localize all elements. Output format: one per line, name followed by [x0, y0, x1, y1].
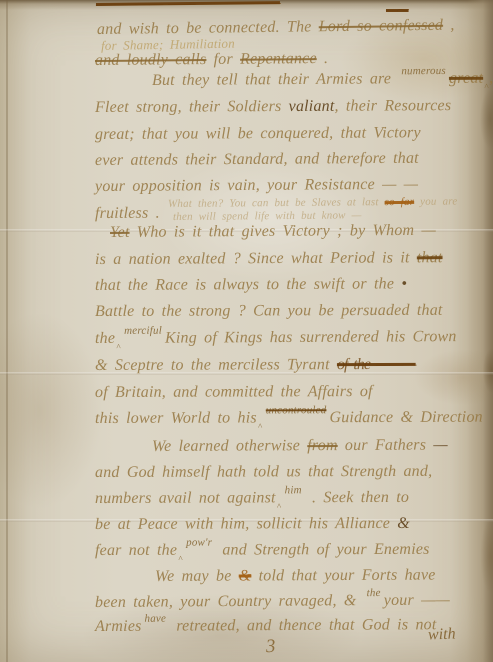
- text-segment: ^: [116, 342, 120, 352]
- text-segment: —⁓: [386, 2, 409, 17]
- manuscript-line: numbers avail not against^him . Seek the…: [95, 489, 409, 512]
- text-segment: ^: [258, 421, 262, 431]
- text-segment: and loudly calls: [95, 51, 207, 69]
- text-segment: from: [307, 437, 338, 454]
- text-segment: ,: [443, 17, 455, 34]
- text-segment: ————— —— ——————: [96, 0, 280, 13]
- text-segment: . Seek then to: [305, 489, 409, 506]
- manuscript-line: then will spend life with but know —: [173, 209, 362, 223]
- text-segment: What then? You can but be Slaves at last: [168, 196, 385, 210]
- text-segment: numerous: [401, 65, 446, 77]
- manuscript-line: fruitless .: [95, 205, 160, 223]
- manuscript-line: What then? You can but be Slaves at last…: [168, 195, 458, 210]
- text-segment: the: [367, 587, 381, 599]
- text-segment: of Britain, and committed the Affairs of: [95, 383, 373, 401]
- manuscript-line: be at Peace with him, sollicit his Allia…: [95, 515, 410, 534]
- manuscript-line: ever attends their Standard, and therefo…: [95, 150, 419, 170]
- text-segment: is a nation exalted ? Since what Period …: [95, 249, 417, 268]
- text-segment: been taken, your Country ravaged, &: [95, 592, 364, 611]
- manuscript-line: & Sceptre to the merciless Tyrant of the…: [95, 356, 416, 375]
- text-segment: and Strength of your Enemies: [215, 541, 429, 559]
- text-segment: and God himself hath told us that Streng…: [95, 463, 432, 481]
- text-segment: merciful: [124, 325, 162, 337]
- text-segment: & Sceptre to the merciless Tyrant: [95, 356, 337, 374]
- manuscript-line: We learned otherwise from our Fathers —: [152, 436, 448, 456]
- text-segment: Yet: [110, 224, 130, 241]
- text-segment: —: [433, 436, 448, 453]
- text-segment: — —: [382, 176, 418, 193]
- text-segment: that: [417, 249, 443, 266]
- text-segment: —: [414, 222, 436, 239]
- text-segment: We learned otherwise: [152, 437, 307, 455]
- text-segment: fear not the: [95, 542, 177, 559]
- manuscript-line: your opposition is vain, your Resistance…: [95, 176, 418, 196]
- text-segment: so far: [385, 196, 415, 208]
- text-segment: him: [285, 484, 302, 496]
- manuscript-line: this lower World to his^uncontrouledGuid…: [95, 409, 483, 432]
- text-segment: Guidance & Direction: [329, 409, 482, 427]
- text-segment: the: [95, 330, 115, 347]
- text-segment: told that your Forts have: [251, 567, 435, 585]
- text-segment: We may be: [155, 568, 239, 585]
- manuscript-line: ————— —— ——————: [96, 0, 280, 14]
- text-segment: Lord so confessed: [319, 17, 444, 36]
- text-segment: ^: [178, 554, 182, 564]
- manuscript-line: of Britain, and committed the Affairs of: [95, 383, 373, 402]
- catchword: with: [428, 626, 456, 645]
- text-segment: ^: [484, 82, 488, 92]
- text-segment: our Fathers: [338, 437, 434, 455]
- text-segment: numbers avail not against: [95, 489, 276, 507]
- manuscript-line: and loudly calls for Repentance .: [95, 50, 328, 70]
- text-segment: Who is it that gives Victory ; by Whom: [130, 222, 415, 241]
- text-segment: Battle to the strong ? Can you be persua…: [95, 302, 443, 320]
- text-segment: be at Peace with him, sollicit his Allia…: [95, 515, 397, 533]
- text-segment: Fleet strong, their Soldiers: [95, 98, 289, 116]
- text-segment: uncontrouled: [266, 404, 327, 416]
- text-segment: ever attends their Standard, and therefo…: [95, 150, 419, 169]
- text-segment: retreated, and thence that God is not: [169, 616, 436, 634]
- manuscript-line: fear not the^pow'r and Strength of your …: [95, 541, 430, 564]
- text-segment: Repentance: [240, 50, 317, 68]
- text-segment: Armies: [95, 618, 142, 635]
- text-segment: valiant: [289, 98, 335, 115]
- manuscript-line: the^mercifulKing of Kings has surrendere…: [95, 328, 457, 352]
- text-segment: &: [397, 515, 410, 532]
- manuscript-line: is a nation exalted ? Since what Period …: [95, 249, 443, 269]
- text-segment: this lower World to his: [95, 409, 257, 427]
- text-segment: , their: [489, 69, 493, 86]
- manuscript-line: But they tell that their Armies are nume…: [152, 69, 493, 94]
- text-segment: you are: [414, 195, 457, 207]
- text-segment: of the ———: [337, 356, 416, 373]
- manuscript-line: Battle to the strong ? Can you be persua…: [95, 302, 443, 321]
- text-segment: , their Resources: [334, 97, 451, 115]
- text-segment: •: [394, 275, 407, 292]
- manuscript-line: and wish to be connected. The Lord so co…: [97, 17, 455, 39]
- text-segment: fruitless .: [95, 205, 160, 222]
- manuscript-text-block: ————— —— ———————⁓and wish to be connecte…: [0, 0, 493, 662]
- manuscript-line: great; that you will be conquered, that …: [95, 124, 421, 144]
- text-segment: &: [239, 567, 252, 584]
- text-segment: great; that you will be conquered, that …: [95, 124, 421, 143]
- text-segment: that the Race is always to the swift or …: [95, 275, 394, 294]
- text-segment: But they tell that their Armies are: [152, 70, 399, 89]
- text-segment: King of Kings has surrendered his Crown: [165, 328, 457, 347]
- manuscript-page: ————— —— ———————⁓and wish to be connecte…: [0, 0, 493, 662]
- manuscript-line: Yet Who is it that gives Victory ; by Wh…: [110, 222, 436, 242]
- manuscript-line: been taken, your Country ravaged, & they…: [95, 592, 450, 612]
- manuscript-line: Armieshave retreated, and thence that Go…: [95, 616, 437, 636]
- text-segment: your ——: [384, 592, 450, 609]
- text-segment: your opposition is vain, your Resistance: [95, 176, 382, 195]
- manuscript-line: and God himself hath told us that Streng…: [95, 463, 432, 482]
- text-segment: great: [449, 70, 483, 87]
- text-segment: then will spend life with but know —: [173, 209, 362, 223]
- manuscript-line: that the Race is always to the swift or …: [95, 275, 407, 295]
- manuscript-line: We may be & told that your Forts have: [155, 567, 436, 586]
- text-segment: have: [144, 613, 166, 625]
- manuscript-line: Fleet strong, their Soldiers valiant, th…: [95, 97, 451, 117]
- manuscript-line: —⁓: [386, 2, 409, 18]
- page-number: 3: [265, 636, 276, 658]
- text-segment: .: [317, 50, 329, 67]
- text-segment: and wish to be connected. The: [97, 18, 319, 38]
- text-segment: ^: [277, 501, 281, 511]
- text-segment: for: [206, 51, 240, 68]
- text-segment: pow'r: [186, 537, 212, 549]
